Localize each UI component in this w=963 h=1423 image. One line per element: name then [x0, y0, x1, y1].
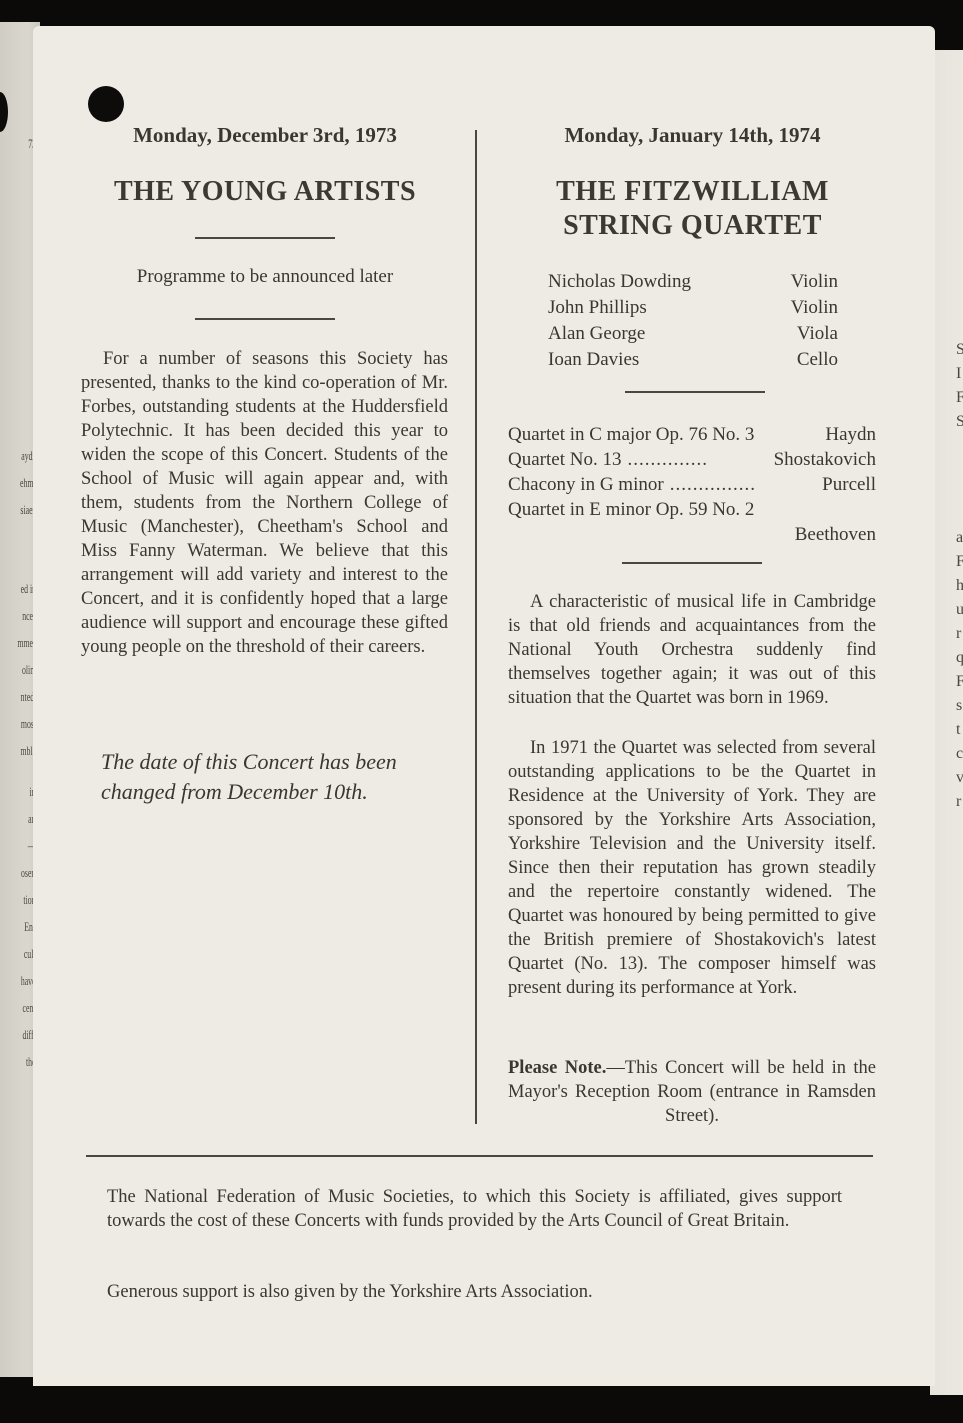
right-edge-fragment: F: [956, 550, 963, 574]
quartet-members: Nicholas Dowding Violin John Phillips Vi…: [548, 269, 838, 373]
right-edge-fragment: s: [956, 694, 963, 718]
title-line-2: STRING QUARTET: [510, 209, 875, 243]
right-edge-fragment: u: [956, 598, 963, 622]
right-edge-fragment: t: [956, 718, 963, 742]
right-edge-text-block: a F h u r q F s t c v r: [956, 526, 963, 814]
right-edge-fragment: S: [956, 410, 963, 434]
member-name: John Phillips: [548, 295, 647, 321]
right-edge-fragment: q: [956, 646, 963, 670]
right-edge-fragment: I: [956, 362, 963, 386]
divider: [195, 237, 335, 239]
punch-hole: [88, 86, 124, 122]
note-label: Please Note.: [508, 1058, 606, 1078]
work-title: Chacony in G minor: [508, 472, 664, 497]
member-row: Alan George Viola: [548, 321, 838, 347]
work-title: Quartet in C major Op. 76 No. 3: [508, 422, 754, 447]
right-concert-title: THE FITZWILLIAM STRING QUARTET: [510, 175, 875, 243]
concert-programme: Quartet in C major Op. 76 No. 3 Haydn Qu…: [508, 422, 876, 547]
programme-item: Quartet in C major Op. 76 No. 3 Haydn: [508, 422, 876, 447]
divider: [622, 562, 762, 564]
composer: Haydn: [825, 422, 876, 447]
title-line-1: THE FITZWILLIAM: [510, 175, 875, 209]
member-name: Alan George: [548, 321, 645, 347]
right-edge-fragment: a: [956, 526, 963, 550]
right-edge-text-block: S I F S: [956, 338, 963, 434]
member-instrument: Cello: [797, 347, 838, 373]
left-page-punch-hole: [0, 92, 8, 132]
member-instrument: Violin: [791, 269, 838, 295]
right-edge-fragment: F: [956, 670, 963, 694]
programme-item: Chacony in G minor ............... Purce…: [508, 472, 876, 497]
right-edge-fragment: r: [956, 790, 963, 814]
left-concert-description: For a number of seasons this Society has…: [81, 347, 448, 659]
leader-dots: ..............: [627, 447, 767, 472]
composer: Purcell: [822, 472, 876, 497]
member-name: Nicholas Dowding: [548, 269, 691, 295]
divider: [625, 391, 765, 393]
footer-divider: [86, 1155, 873, 1157]
right-edge-fragment: c: [956, 742, 963, 766]
divider: [195, 318, 335, 320]
federation-acknowledgement: The National Federation of Music Societi…: [107, 1185, 842, 1233]
quartet-bio-paragraph-1: A characteristic of musical life in Camb…: [508, 590, 876, 710]
member-name: Ioan Davies: [548, 347, 639, 373]
programme-item: Quartet No. 13 .............. Shostakovi…: [508, 447, 876, 472]
work-title: Quartet No. 13: [508, 447, 621, 472]
programme-item: Quartet in E minor Op. 59 No. 2 Beethove…: [508, 497, 876, 547]
right-edge-fragment: F: [956, 386, 963, 410]
programme-note: Programme to be announced later: [80, 266, 450, 288]
work-title: Quartet in E minor Op. 59 No. 2: [508, 497, 876, 522]
member-row: Nicholas Dowding Violin: [548, 269, 838, 295]
left-concert-date: Monday, December 3rd, 1973: [90, 123, 440, 148]
right-edge-fragment: v: [956, 766, 963, 790]
composer: Beethoven: [508, 522, 876, 547]
right-edge-fragment: h: [956, 574, 963, 598]
right-concert-date: Monday, January 14th, 1974: [510, 123, 875, 148]
member-row: John Phillips Violin: [548, 295, 838, 321]
right-edge-fragment: S: [956, 338, 963, 362]
yorkshire-support-acknowledgement: Generous support is also given by the Yo…: [107, 1280, 842, 1304]
venue-note: Please Note.—This Concert will be held i…: [508, 1056, 876, 1128]
date-change-notice: The date of this Concert has been change…: [101, 747, 441, 807]
right-edge-fragment: r: [956, 622, 963, 646]
member-row: Ioan Davies Cello: [548, 347, 838, 373]
left-concert-title: THE YOUNG ARTISTS: [80, 175, 450, 209]
composer: Shostakovich: [774, 447, 876, 472]
column-divider: [475, 130, 477, 1124]
member-instrument: Violin: [791, 295, 838, 321]
member-instrument: Viola: [797, 321, 838, 347]
leader-dots: ...............: [670, 472, 816, 497]
quartet-bio-paragraph-2: In 1971 the Quartet was selected from se…: [508, 736, 876, 1000]
